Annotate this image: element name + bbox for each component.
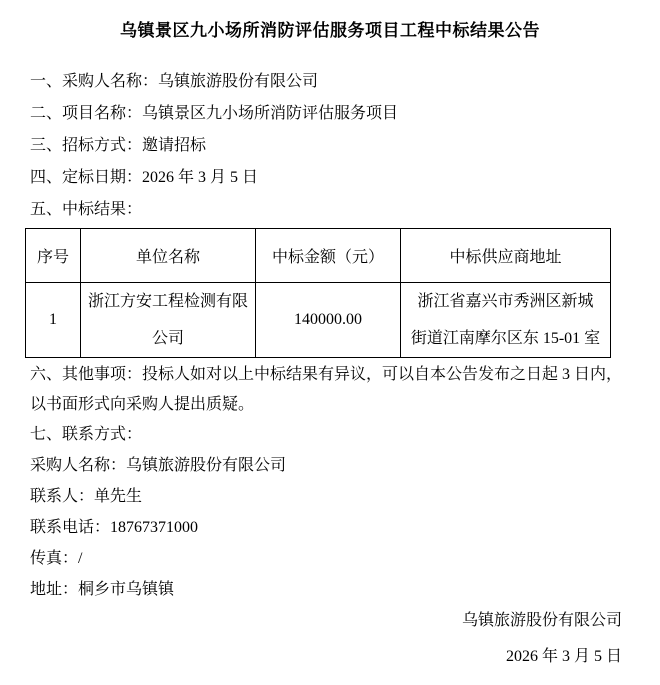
section-purchaser: 一、采购人名称：乌镇旅游股份有限公司 — [30, 66, 630, 98]
header-cell-no: 序号 — [26, 229, 81, 283]
cell-address-line-2: 街道江南摩尔区东 15-01 室 — [405, 320, 606, 357]
section-other-matters: 六、其他事项：投标人如对以上中标结果有异议，可以自本公告发布之日起 3 日内，以… — [30, 360, 630, 420]
bid-result-table: 序号 单位名称 中标金额（元） 中标供应商地址 1 浙江方安工程检测有限 公司 … — [25, 228, 611, 358]
cell-company-line-2: 公司 — [85, 320, 251, 357]
contact-block: 采购人名称：乌镇旅游股份有限公司 联系人：单先生 联系电话：1876737100… — [30, 450, 630, 605]
cell-company: 浙江方安工程检测有限 公司 — [81, 283, 256, 358]
contact-address: 地址：桐乡市乌镇镇 — [30, 574, 630, 605]
table-header-row: 序号 单位名称 中标金额（元） 中标供应商地址 — [26, 229, 611, 283]
header-cell-amount: 中标金额（元） — [256, 229, 401, 283]
bid-result-table-header: 序号 单位名称 中标金额（元） 中标供应商地址 — [26, 229, 611, 283]
table-row: 1 浙江方安工程检测有限 公司 140000.00 浙江省嘉兴市秀洲区新城 街道… — [26, 283, 611, 358]
section-contact-heading: 七、联系方式： — [30, 420, 630, 450]
announcement-document: 乌镇景区九小场所消防评估服务项目工程中标结果公告 一、采购人名称：乌镇旅游股份有… — [0, 0, 660, 685]
signature-date: 2026 年 3 月 5 日 — [30, 643, 622, 671]
section-project: 二、项目名称：乌镇景区九小场所消防评估服务项目 — [30, 98, 630, 130]
section-award-date: 四、定标日期：2026 年 3 月 5 日 — [30, 162, 630, 194]
cell-address: 浙江省嘉兴市秀洲区新城 街道江南摩尔区东 15-01 室 — [401, 283, 611, 358]
contact-purchaser: 采购人名称：乌镇旅游股份有限公司 — [30, 450, 630, 481]
cell-company-line-1: 浙江方安工程检测有限 — [85, 283, 251, 320]
signature-block: 乌镇旅游股份有限公司 2026 年 3 月 5 日 — [30, 607, 630, 671]
page-title: 乌镇景区九小场所消防评估服务项目工程中标结果公告 — [30, 18, 630, 44]
cell-amount: 140000.00 — [256, 283, 401, 358]
contact-phone: 联系电话：18767371000 — [30, 512, 630, 543]
numbered-sections: 一、采购人名称：乌镇旅游股份有限公司 二、项目名称：乌镇景区九小场所消防评估服务… — [30, 66, 630, 226]
section-result-heading: 五、中标结果： — [30, 194, 630, 226]
contact-person: 联系人：单先生 — [30, 481, 630, 512]
cell-address-line-1: 浙江省嘉兴市秀洲区新城 — [405, 283, 606, 320]
section-bid-method: 三、招标方式：邀请招标 — [30, 130, 630, 162]
header-cell-company: 单位名称 — [81, 229, 256, 283]
contact-fax: 传真：/ — [30, 543, 630, 574]
signature-company: 乌镇旅游股份有限公司 — [30, 607, 622, 635]
header-cell-address: 中标供应商地址 — [401, 229, 611, 283]
cell-no: 1 — [26, 283, 81, 358]
